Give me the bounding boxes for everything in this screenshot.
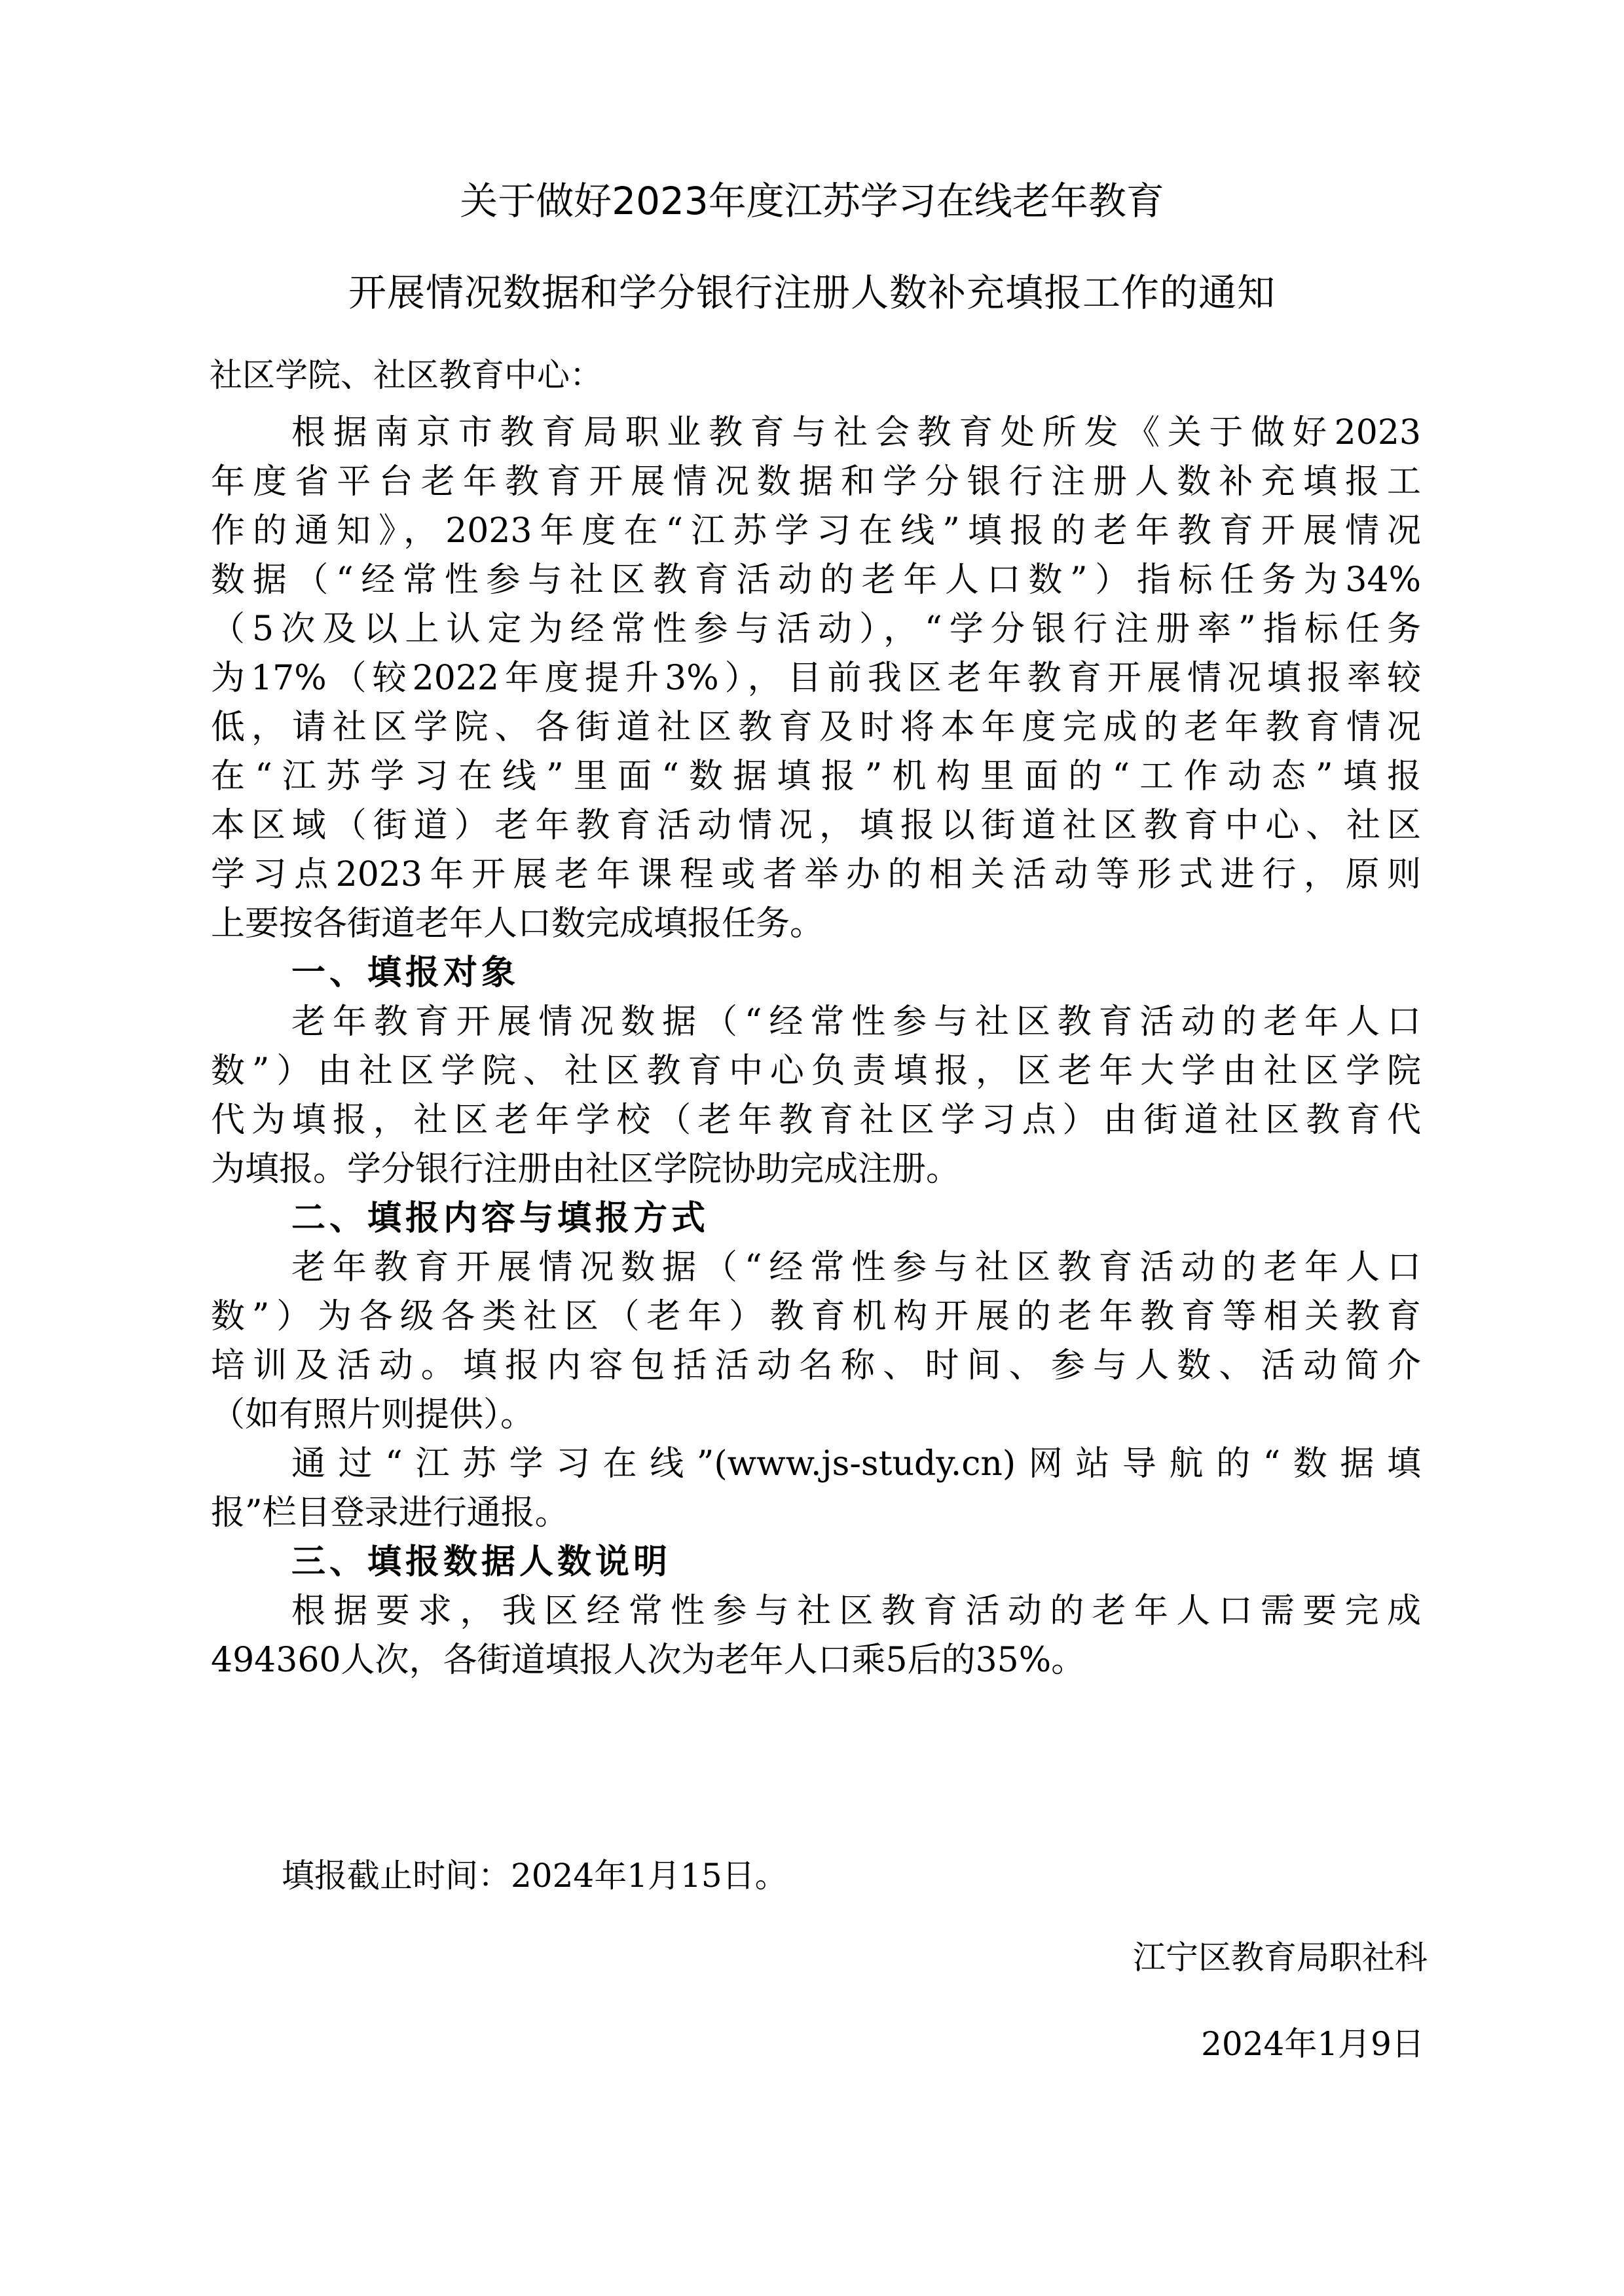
section-1-line: 代为填报，社区老年学校（老年教育社区学习点）由街道社区教育代 [211,1097,1421,1143]
section-1-line: 数”）由社区学院、社区教育中心负责填报，区老年大学由社区学院 [211,1048,1421,1094]
intro-line: 数据（“经常性参与社区教育活动的老年人口数”）指标任务为34% [211,557,1421,603]
intro-line: 本区域（街道）老年教育活动情况，填报以街道社区教育中心、社区 [211,803,1421,848]
intro-line: 在“江苏学习在线”里面“数据填报”机构里面的“工作动态”填报 [211,754,1421,799]
intro-line: 低，请社区学院、各街道社区教育及时将本年度完成的老年教育情况 [211,704,1421,750]
section-3-line: 根据要求，我区经常性参与社区教育活动的老年人口需要完成 [291,1588,1421,1634]
signature: 江宁区教育局职社科 [1133,1935,1428,1980]
intro-line: 根据南京市教育局职业教育与社会教育处所发《关于做好2023 [291,410,1421,456]
intro-line: 作的通知》，2023年度在“江苏学习在线”填报的老年教育开展情况 [211,508,1421,554]
intro-line: 上要按各街道老年人口数完成填报任务。 [211,901,1421,947]
salutation: 社区学院、社区教育中心： [210,352,602,398]
intro-line: 学习点2023年开展老年课程或者举办的相关活动等形式进行，原则 [211,852,1421,898]
section-2-line: 老年教育开展情况数据（“经常性参与社区教育活动的老年人口 [291,1245,1421,1290]
deadline: 填报截止时间：2024年1月15日。 [282,1853,788,1899]
section-2-line: 报”栏目登录进行通报。 [211,1490,1421,1536]
intro-line: （5次及以上认定为经常性参与活动），“学分银行注册率”指标任务 [211,606,1421,652]
section-1-line: 为填报。学分银行注册由社区学院协助完成注册。 [211,1146,1421,1192]
issue-date: 2024年1月9日 [1201,2021,1424,2067]
intro-line: 年度省平台老年教育开展情况数据和学分银行注册人数补充填报工 [211,459,1421,505]
document-title-line-1: 关于做好2023年度江苏学习在线老年教育 [0,178,1624,224]
section-1-line: 老年教育开展情况数据（“经常性参与社区教育活动的老年人口 [291,999,1421,1045]
section-2-line: 培训及活动。填报内容包括活动名称、时间、参与人数、活动简介 [211,1343,1421,1389]
section-3-line: 494360人次，各街道填报人次为老年人口乘5后的35%。 [211,1637,1421,1683]
section-heading-3: 三、填报数据人数说明 [291,1539,1421,1585]
intro-line: 为17%（较2022年度提升3%），目前我区老年教育开展情况填报率较 [211,655,1421,701]
document-title-line-2: 开展情况数据和学分银行注册人数补充填报工作的通知 [0,270,1624,316]
section-heading-2: 二、填报内容与填报方式 [291,1195,1421,1241]
section-heading-1: 一、填报对象 [291,950,1421,996]
section-2-line: 通过“江苏学习在线”(www.js-study.cn)网站导航的“数据填 [291,1441,1421,1487]
document-page: 关于做好2023年度江苏学习在线老年教育 开展情况数据和学分银行注册人数补充填报… [0,0,1624,2296]
section-2-line: 数”）为各级各类社区（老年）教育机构开展的老年教育等相关教育 [211,1294,1421,1339]
section-2-line: （如有照片则提供）。 [211,1392,1421,1438]
